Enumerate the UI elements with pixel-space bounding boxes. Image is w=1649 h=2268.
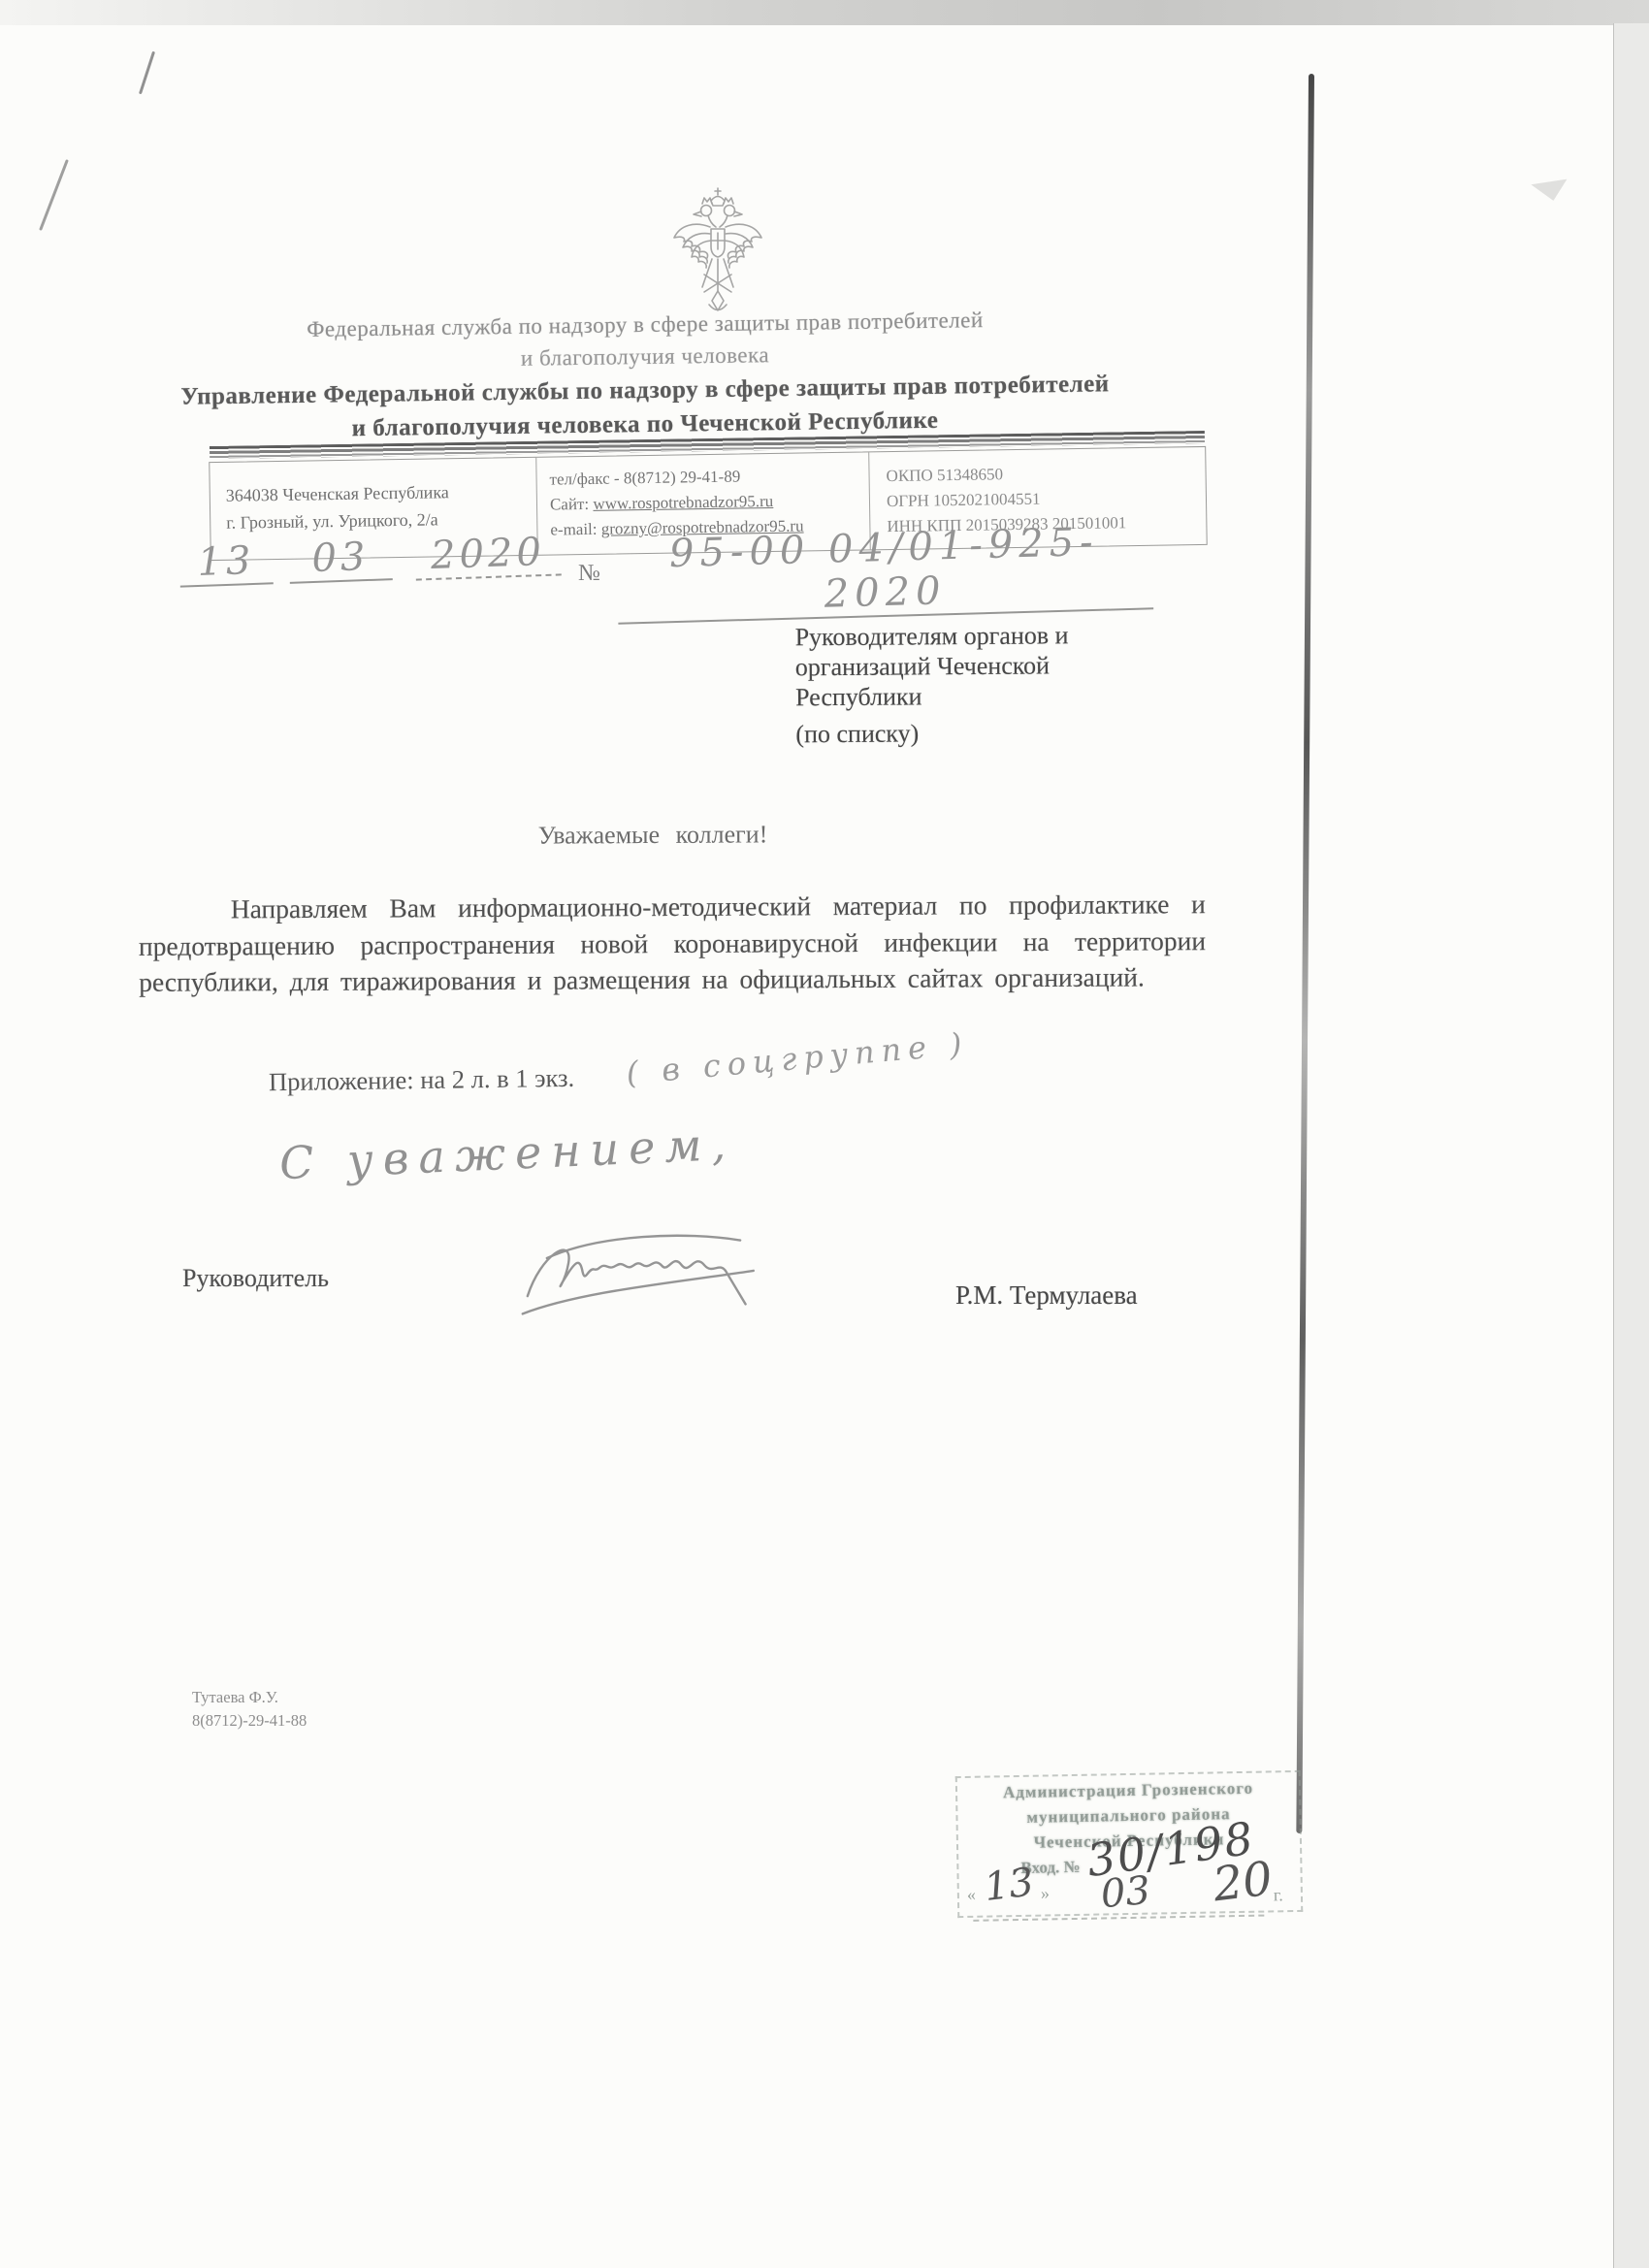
coat-of-arms-icon <box>667 184 768 320</box>
attachment-line: Приложение: на 2 л. в 1 экз. <box>269 1063 575 1097</box>
agency-name-line2: и благополучия человека <box>145 338 1145 376</box>
stamp-handwritten-year: 20 <box>1211 1851 1276 1912</box>
number-sign: № <box>578 561 600 587</box>
handwritten-outgoing-number: 95-00 04/01-925-2020 <box>616 518 1153 624</box>
scan-edge-top <box>0 0 1649 25</box>
signer-name: Р.М. Термулаева <box>955 1280 1138 1311</box>
executor-block: Тутаева Ф.У. 8(8712)-29-41-88 <box>192 1686 307 1733</box>
handwritten-date-year: 2020 <box>414 529 562 580</box>
stamp-org-line1: Администрация Грозненского <box>957 1778 1299 1803</box>
handwritten-regards: С уважением, <box>278 1118 736 1189</box>
addressee-line2: организаций Чеченской <box>795 650 1154 683</box>
handwritten-date-month: 03 <box>288 534 393 584</box>
incoming-stamp: Администрация Грозненского муниципальног… <box>955 1770 1303 1918</box>
pen-mark-artifact <box>39 159 69 231</box>
handwritten-attachment-note: ( в соцгруппе ) <box>625 1025 970 1092</box>
smudge-artifact <box>1530 175 1568 203</box>
body-paragraph: Направляем Вам информационно-методически… <box>139 886 1207 1000</box>
salutation: Уважаемые коллеги! <box>410 820 895 852</box>
site-url: www.rospotrebnadzor95.ru <box>593 492 773 513</box>
stamp-quote-open: « <box>967 1885 976 1905</box>
pen-mark-artifact <box>139 51 155 95</box>
executor-phone: 8(8712)-29-41-88 <box>192 1709 307 1733</box>
addressee-list-note: (по списку) <box>795 717 1154 750</box>
signature-icon <box>506 1217 773 1338</box>
stamp-handwritten-month: 03 <box>1099 1868 1152 1917</box>
stamp-date-suffix: г. <box>1274 1885 1283 1905</box>
scan-edge-right <box>1613 23 1649 2268</box>
stamp-handwritten-day: 13 <box>982 1860 1036 1910</box>
executor-name: Тутаева Ф.У. <box>192 1686 307 1709</box>
stamp-quote-close: » <box>1041 1883 1050 1903</box>
scanned-letter-page: Федеральная служба по надзору в сфере за… <box>0 0 1649 2268</box>
handwritten-date-day: 13 <box>178 537 274 587</box>
site-label: Сайт: <box>550 495 589 514</box>
addressee-line3: Республики <box>795 680 1154 713</box>
addressee-block: Руководителям органов и организаций Чече… <box>795 620 1155 750</box>
addressee-line1: Руководителям органов и <box>795 620 1154 653</box>
signer-position: Руководитель <box>182 1264 329 1293</box>
scan-streak-artifact <box>1296 74 1314 1833</box>
office-name-line1: Управление Федеральной службы по надзору… <box>145 371 1145 411</box>
